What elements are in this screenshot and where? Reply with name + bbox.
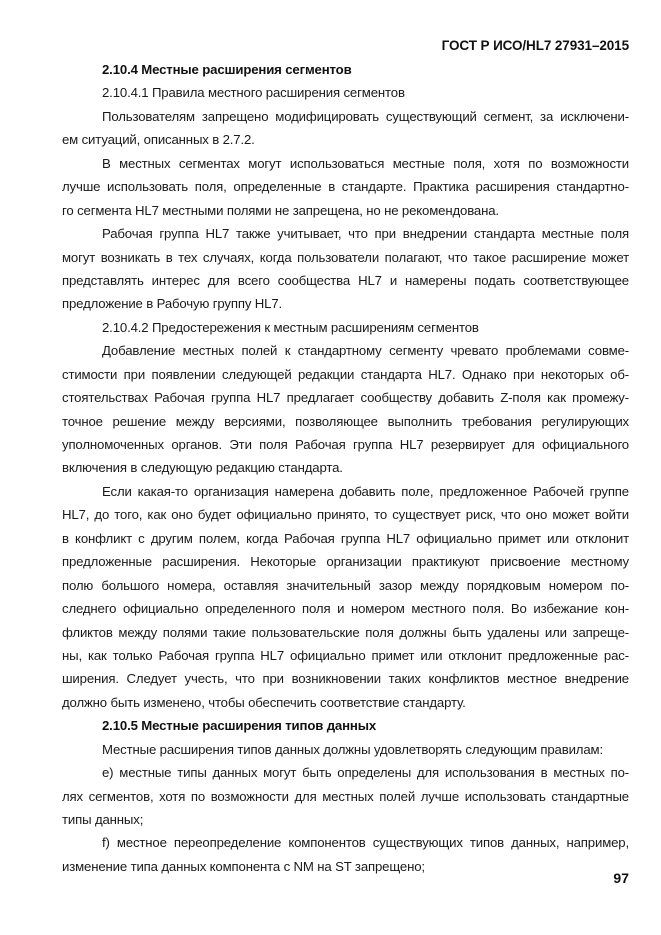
text-line: Рабочая группа HL7 также учитывает, что … xyxy=(62,222,629,245)
text-line: стоятельствах Рабочая группа HL7 предлаг… xyxy=(62,386,629,409)
text-line: включения в следующую редакцию стандарта… xyxy=(62,456,629,479)
text-line: В местных сегментах могут использоваться… xyxy=(62,152,629,175)
text-line: в конфликт с другим полем, когда Рабочая… xyxy=(62,527,629,550)
text-line: изменение типа данных компонента с NM на… xyxy=(62,855,629,878)
text-line: фликтов между полями такие пользовательс… xyxy=(62,621,629,644)
text-line: точное решение между версиями, позволяющ… xyxy=(62,410,629,433)
document-header-id: ГОСТ Р ИСО/HL7 27931–2015 xyxy=(442,38,629,53)
text-line: предложение в Рабочую группу HL7. xyxy=(62,292,629,315)
section-heading: 2.10.4 Местные расширения сегментов xyxy=(62,58,629,81)
text-line: стимости при появлении следующей редакци… xyxy=(62,363,629,386)
text-line: лучше использовать поля, определенные в … xyxy=(62,175,629,198)
text-line: 2.10.4.2 Предостережения к местным расши… xyxy=(62,316,629,339)
section-heading: 2.10.5 Местные расширения типов данных xyxy=(62,714,629,737)
text-line: предложенные расширения. Некоторые орган… xyxy=(62,550,629,573)
text-line: представлять интерес для всего сообществ… xyxy=(62,269,629,292)
text-line: лях сегментов, хотя по возможности для м… xyxy=(62,785,629,808)
document-body: 2.10.4 Местные расширения сегментов2.10.… xyxy=(62,58,629,878)
text-line: f) местное переопределение компонентов с… xyxy=(62,831,629,854)
text-line: го сегмента HL7 местными полями не запре… xyxy=(62,199,629,222)
text-line: ны, как только Рабочая группа HL7 официа… xyxy=(62,644,629,667)
text-line: HL7, до того, как оно будет официально п… xyxy=(62,503,629,526)
text-line: типы данных; xyxy=(62,808,629,831)
text-line: следнего официально определенного поля и… xyxy=(62,597,629,620)
text-line: 2.10.4.1 Правила местного расширения сег… xyxy=(62,81,629,104)
text-line: уполномоченных органов. Эти поля Рабочая… xyxy=(62,433,629,456)
text-line: ем ситуаций, описанных в 2.7.2. xyxy=(62,128,629,151)
text-line: Добавление местных полей к стандартному … xyxy=(62,339,629,362)
page-number: 97 xyxy=(613,870,629,886)
text-line: могут возникать в тех случаях, когда пол… xyxy=(62,246,629,269)
text-line: ширения. Следует учесть, что при возникн… xyxy=(62,667,629,690)
text-line: должно быть изменено, чтобы обеспечить с… xyxy=(62,691,629,714)
text-line: Местные расширения типов данных должны у… xyxy=(62,738,629,761)
text-line: е) местные типы данных могут быть опреде… xyxy=(62,761,629,784)
text-line: полю большого номера, оставляя значитель… xyxy=(62,574,629,597)
text-line: Если какая-то организация намерена добав… xyxy=(62,480,629,503)
text-line: Пользователям запрещено модифицировать с… xyxy=(62,105,629,128)
